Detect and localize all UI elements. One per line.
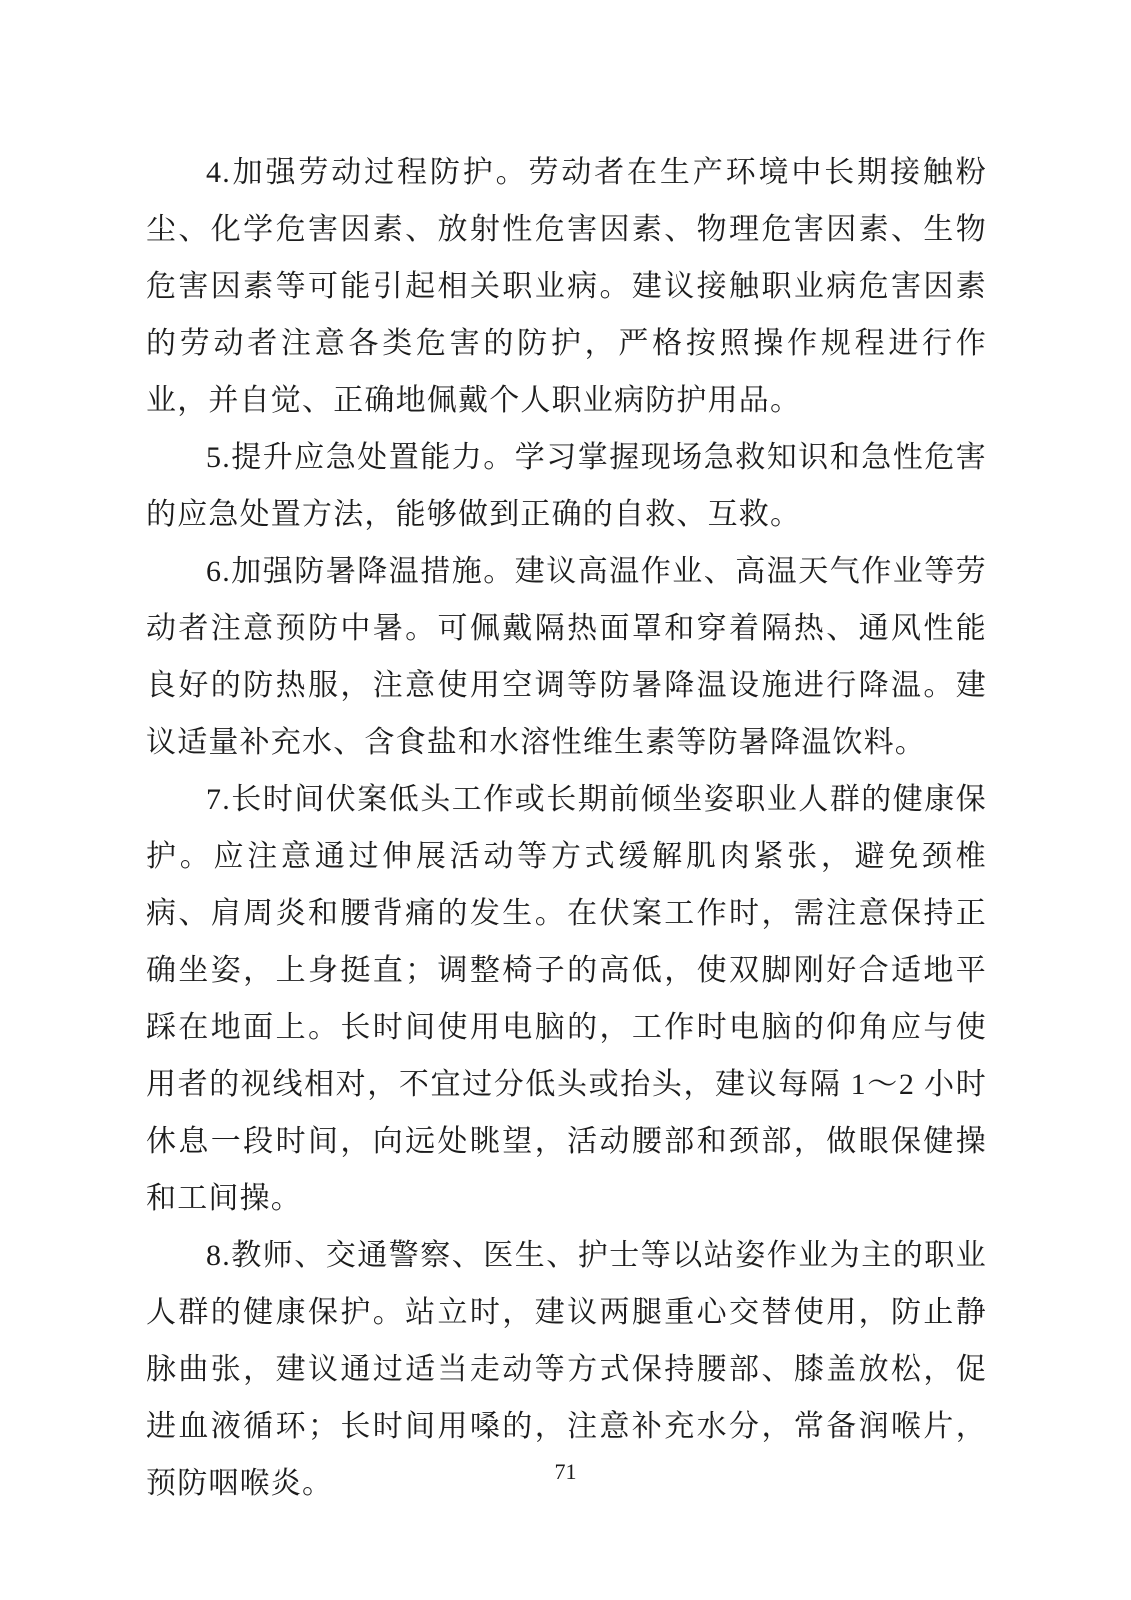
paragraph-item-4: 4.加强劳动过程防护。劳动者在生产环境中长期接触粉尘、化学危害因素、放射性危害因… xyxy=(146,144,987,429)
document-body: 4.加强劳动过程防护。劳动者在生产环境中长期接触粉尘、化学危害因素、放射性危害因… xyxy=(146,144,987,1512)
paragraph-item-6: 6.加强防暑降温措施。建议高温作业、高温天气作业等劳动者注意预防中暑。可佩戴隔热… xyxy=(146,543,987,771)
paragraph-item-5: 5.提升应急处置能力。学习掌握现场急救知识和急性危害的应急处置方法，能够做到正确… xyxy=(146,429,987,543)
document-page: 4.加强劳动过程防护。劳动者在生产环境中长期接触粉尘、化学危害因素、放射性危害因… xyxy=(0,0,1131,1600)
page-number: 71 xyxy=(0,1458,1131,1486)
paragraph-item-7: 7.长时间伏案低头工作或长期前倾坐姿职业人群的健康保护。应注意通过伸展活动等方式… xyxy=(146,771,987,1227)
